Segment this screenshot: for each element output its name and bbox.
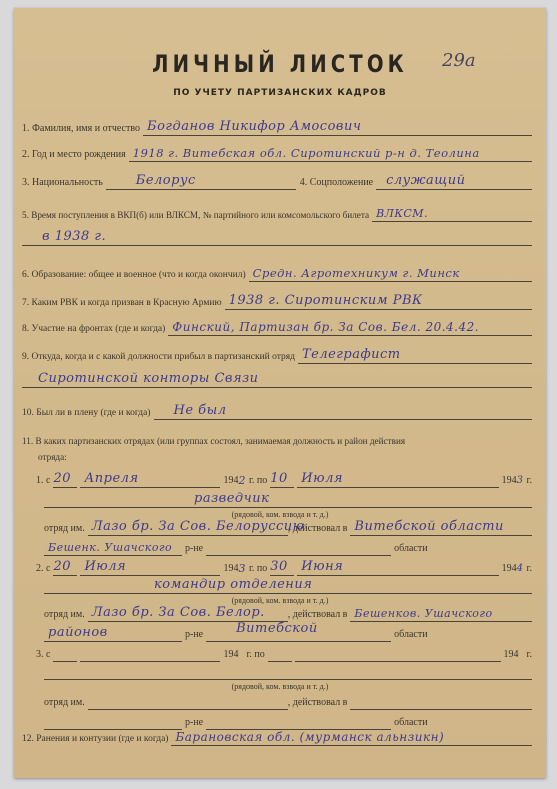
personal-record-sheet: ЛИЧНЫЙ ЛИСТОК 29а ПО УЧЕТУ ПАРТИЗАНСКИХ … <box>14 8 546 778</box>
handwritten-value: Витебской <box>236 621 318 636</box>
handwritten-value: 10 <box>270 471 288 486</box>
field-label: р-не <box>185 629 203 642</box>
field-label: р-не <box>185 543 203 556</box>
field-label: 1. Фамилия, имя и отчество <box>22 123 140 136</box>
field-arrival: 9. Откуда, когда и с какой должности при… <box>22 344 532 364</box>
field-value-line: Богданов Никифор Амосович <box>143 117 532 136</box>
region-line: Витебской <box>206 623 391 642</box>
handwritten-value: Белорус <box>136 173 196 188</box>
handwritten-value: 20 <box>53 559 71 574</box>
field-party: 5. Время поступления в ВКП(б) или ВЛКСМ,… <box>22 202 532 222</box>
document-title: ЛИЧНЫЙ ЛИСТОК <box>62 50 498 78</box>
region-line <box>206 537 391 556</box>
field-label: области <box>394 543 427 556</box>
field-value-line: Телеграфист <box>298 345 532 364</box>
field-label: 9. Откуда, когда и с какой должности при… <box>22 352 295 364</box>
field-label: 4. Соцположение <box>300 177 373 190</box>
field-value-line: в 1938 г. <box>22 227 532 246</box>
handwritten-value: Июня <box>301 559 343 574</box>
field-label: отряд им. <box>44 523 85 536</box>
field-detachments-header-cont: отряда: <box>38 444 532 464</box>
handwritten-value: Апреля <box>84 471 138 486</box>
handwritten-value: 1938 г. Сиротинским РВК <box>229 293 423 308</box>
district-line: районов <box>44 623 182 642</box>
detachment-entry-2-dates: 2. с 20 Июля 194 3 г. по 30 Июня 194 4 г… <box>36 556 532 576</box>
field-wounds: 12. Ранения и контузии (где и когда) Бар… <box>22 726 532 746</box>
field-label: 12. Ранения и контузии (где и когда) <box>22 734 168 746</box>
field-party-cont: в 1938 г. <box>22 226 532 246</box>
acted-in-line <box>350 691 532 710</box>
detachment-entry-2-position: командир отделения <box>44 574 532 594</box>
from-day-line: 20 <box>53 469 77 488</box>
field-full-name: 1. Фамилия, имя и отчество Богданов Ники… <box>22 116 532 136</box>
field-value-line: Не был <box>154 401 532 420</box>
year-prefix: 194 <box>223 475 238 488</box>
position-line: разведчик <box>44 489 532 508</box>
handwritten-value: Июля <box>301 471 343 486</box>
field-label: отряд им. <box>44 609 85 622</box>
handwritten-value: Телеграфист <box>302 347 401 362</box>
field-conscription: 7. Каким РВК и когда призван в Красную А… <box>22 290 532 310</box>
field-value-line: 1938 г. Сиротинским РВК <box>225 291 532 310</box>
handwritten-value: Не был <box>174 403 227 418</box>
field-value-line: служащий <box>376 171 532 190</box>
field-value-line: Финский, Партизан бр. За Сов. Бел. 20.4.… <box>168 317 532 336</box>
detachment-entry-2-district: районов р-не Витебской области <box>44 622 532 642</box>
field-label: 7. Каким РВК и когда призван в Красную А… <box>22 298 222 310</box>
position-line <box>44 661 532 680</box>
detachment-entry-1-dates: 1. с 20 Апреля 194 2 г. по 10 Июля 194 3… <box>36 468 532 488</box>
from-month-line: Апреля <box>80 469 220 488</box>
handwritten-value: Сиротинской конторы Связи <box>38 371 259 386</box>
handwritten-value: 20 <box>53 471 71 486</box>
detachment-entry-3-unit: отряд им. , действовал в <box>44 690 532 710</box>
field-label: 6. Образование: общее и военное (что и к… <box>22 270 246 282</box>
handwritten-value: в 1938 г. <box>42 229 106 244</box>
district-line: Бешенк. Ушачского <box>44 537 182 556</box>
document-subtitle: ПО УЧЕТУ ПАРТИЗАНСКИХ КАДРОВ <box>14 88 546 98</box>
detachment-entry-1-district: Бешенк. Ушачского р-не области <box>44 536 532 556</box>
handwritten-value: Лазо бр. За Сов. Белор. <box>92 605 265 620</box>
handwritten-value: 1918 г. Витебская обл. Сиротинский р-н д… <box>133 146 480 160</box>
handwritten-value: Бешенк. Ушачского <box>48 541 172 554</box>
handwritten-value: Лазо бр. За Сов. Белоруссию <box>92 519 305 534</box>
field-label: 2. Год и место рождения <box>22 149 126 162</box>
handwritten-value: Июля <box>84 559 126 574</box>
handwritten-value: Бешенков. Ушачского <box>354 607 492 620</box>
detachment-entry-1-position: разведчик <box>44 488 532 508</box>
handwritten-value: Финский, Партизан бр. За Сов. Бел. 20.4.… <box>172 320 479 334</box>
field-nationality: 3. Национальность Белорус 4. Соцположени… <box>22 170 532 190</box>
field-value-line: 1918 г. Витебская обл. Сиротинский р-н д… <box>129 143 532 162</box>
handwritten-value: ВЛКСМ. <box>376 207 428 220</box>
field-captivity: 10. Был ли в плену (где и когда) Не был <box>22 400 532 420</box>
field-label: 8. Участие на фронтах (где и когда) <box>22 324 165 336</box>
handwritten-value: служащий <box>386 173 465 188</box>
handwritten-value: Барановская обл. (мурманск альнзикн) <box>175 730 444 744</box>
handwritten-value: разведчик <box>194 491 269 506</box>
field-arrival-cont: Сиротинской конторы Связи <box>22 368 532 388</box>
year-suffix: г. <box>527 475 532 488</box>
year-prefix: 194 <box>502 475 517 488</box>
field-value-line: Средн. Агротехникум г. Минск <box>249 263 532 282</box>
field-fronts: 8. Участие на фронтах (где и когда) Финс… <box>22 316 532 336</box>
handwritten-value: командир отделения <box>154 577 312 592</box>
acted-in-line: Витебской области <box>350 517 532 536</box>
field-birth: 2. Год и место рождения 1918 г. Витебска… <box>22 142 532 162</box>
field-label: 5. Время поступления в ВКП(б) или ВЛКСМ,… <box>22 210 369 222</box>
to-day-line: 10 <box>270 469 294 488</box>
field-label: 10. Был ли в плену (где и когда) <box>22 408 151 420</box>
field-value-line: Барановская обл. (мурманск альнзикн) <box>171 727 532 746</box>
detachment-line <box>88 691 288 710</box>
handwritten-value: Богданов Никифор Амосович <box>147 119 361 134</box>
field-value-line: Сиротинской конторы Связи <box>22 369 532 388</box>
field-value-line: ВЛКСМ. <box>372 203 532 222</box>
acted-in-line: Бешенков. Ушачского <box>350 603 532 622</box>
field-label: отряд им. <box>44 697 85 710</box>
entry-number: 1. с <box>36 475 50 488</box>
field-label: 3. Национальность <box>22 177 103 190</box>
to-label: г. по <box>249 475 267 488</box>
handwritten-value: районов <box>48 625 108 640</box>
handwritten-value: Средн. Агротехникум г. Минск <box>253 266 460 280</box>
field-label: , действовал в <box>288 697 348 710</box>
handwritten-value: 3 <box>517 475 524 488</box>
handwritten-value: Витебской области <box>354 519 504 534</box>
field-value-line: Белорус <box>106 171 296 190</box>
detachment-entry-1-unit: отряд им. Лазо бр. За Сов. Белоруссию , … <box>44 516 532 536</box>
detachment-entry-3-dates: 3. с 194 г. по 194 г. <box>36 642 532 662</box>
field-label: отряда: <box>38 452 67 464</box>
handwritten-value: 30 <box>270 559 288 574</box>
detachment-entry-3-position <box>44 660 532 680</box>
page-number: 29а <box>442 50 476 71</box>
detachment-line: Лазо бр. За Сов. Белор. <box>88 603 288 622</box>
to-month-line: Июля <box>297 469 498 488</box>
detachment-entry-2-unit: отряд им. Лазо бр. За Сов. Белор. , дейс… <box>44 602 532 622</box>
detachment-line: Лазо бр. За Сов. Белоруссию <box>88 517 288 536</box>
handwritten-value: 2 <box>238 474 246 488</box>
field-label: области <box>394 629 427 642</box>
field-education: 6. Образование: общее и военное (что и к… <box>22 262 532 282</box>
position-line: командир отделения <box>44 575 532 594</box>
